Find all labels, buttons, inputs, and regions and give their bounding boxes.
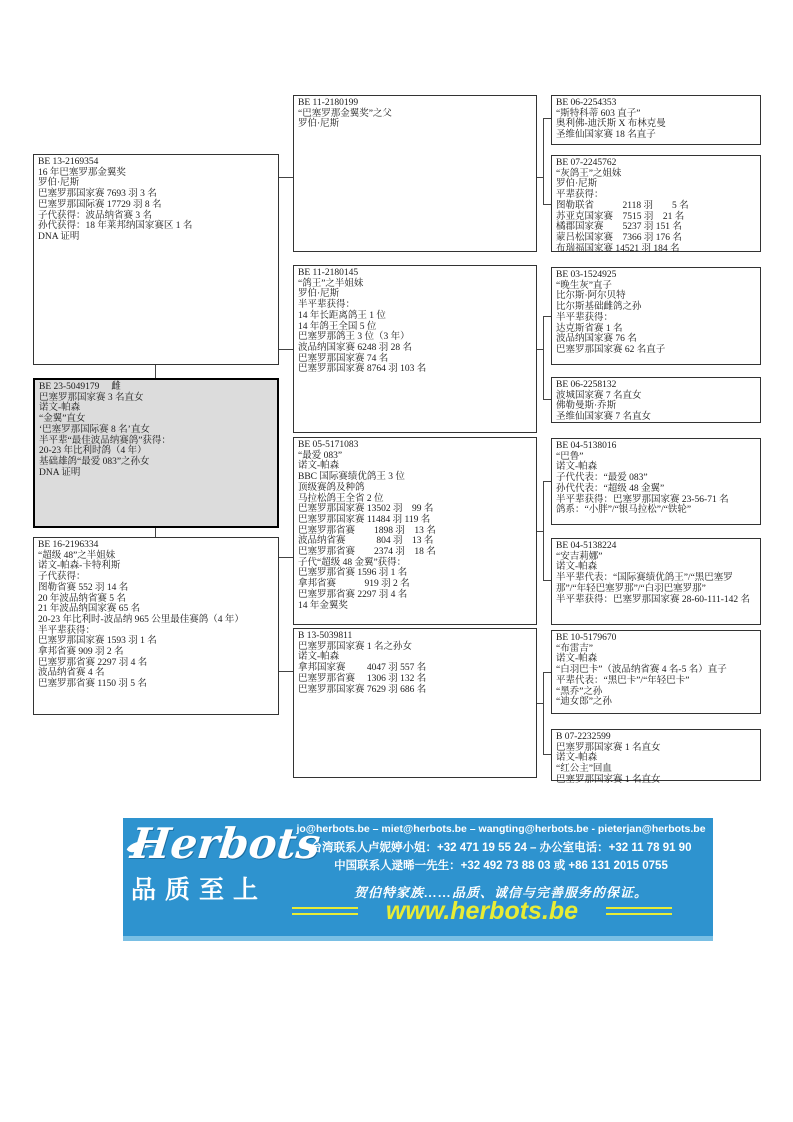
banner-contact-china: 中国联系人逯晞一先生：+32 492 73 88 03 或 +86 131 20… — [291, 857, 711, 873]
pedigree-text-line: 巴塞罗那省赛 2297 羽 4 名 — [38, 658, 274, 669]
pedigree-text-line: 诺文-帕森 — [556, 462, 756, 473]
pedigree-text-line: 波品纳国家赛 76 名 — [556, 334, 756, 345]
pedigree-text-line: 14 年鸽王全国 5 位 — [298, 322, 532, 333]
pedigree-box-sire: BE 13-216935416 年巴塞罗那金翼奖罗伯·尼斯巴塞罗那国家赛 769… — [33, 154, 279, 365]
pedigree-text-line: 奥利佛-迪沃斯 X 布林克曼 — [556, 119, 756, 130]
pedigree-text-line: BE 11-2180199 — [298, 98, 532, 109]
pedigree-text-line: 巴塞罗那国家赛 13502 羽 99 名 — [298, 504, 532, 515]
pedigree-text-line: 巴塞罗那省赛 1150 羽 5 名 — [38, 679, 274, 690]
pedigree-text-line: “巴鲁” — [556, 452, 756, 463]
pedigree-text-line: 平辈代表：“黑巴卡”/“年轻巴卡” — [556, 676, 756, 687]
pedigree-text-line: 诺文-帕森 — [556, 562, 756, 573]
pedigree-text-line: DNA 证明 — [39, 468, 273, 479]
pedigree-text-line: 圣维仙国家赛 7 名直女 — [556, 412, 756, 423]
pedigree-text-line: 波品纳省赛 4 名 — [38, 668, 274, 679]
pedigree-text-line: 巴塞罗那国家赛 1 名直女 — [556, 743, 756, 754]
pedigree-text-line: 图勒省赛 552 羽 14 名 — [38, 583, 274, 594]
pedigree-box-subject: BE 23-5049179 雌巴塞罗那国家赛 3 名直女诺文-帕森“金翼”直女‘… — [33, 378, 279, 528]
pedigree-box-great-grandparent-8: B 07-2232599巴塞罗那国家赛 1 名直女诺文-帕森“红公主”回血巴塞罗… — [551, 729, 761, 781]
pedigree-text-line: 孙代代表：“超级 48 金翼” — [556, 484, 756, 495]
pedigree-text-line: 巴塞罗那省赛 2297 羽 4 名 — [298, 590, 532, 601]
pedigree-text-line: 21 年波品纳国家赛 65 名 — [38, 604, 274, 615]
pedigree-text-line: 布瑞福国家赛 14521 羽 184 名 — [556, 244, 756, 255]
pedigree-text-line: “鸽王”之半姐妹 — [298, 279, 532, 290]
pedigree-box-great-grandparent-6: BE 04-5138224“安吉莉娜”诺文-帕森半平辈代表：“国际赛绩优鸽王”/… — [551, 538, 761, 625]
pedigree-text-line: 巴塞罗那国家赛 11484 羽 119 名 — [298, 515, 532, 526]
pedigree-text-line: 马拉松鸽王全省 2 位 — [298, 494, 532, 505]
pedigree-text-line: 诺文-帕森-卡特利斯 — [38, 561, 274, 572]
pedigree-box-granddam-maternal: B 13-5039811巴塞罗那国家赛 1 名之孙女诺文-帕森拿邦国家赛 404… — [293, 628, 537, 778]
pedigree-text-line: 波城国家赛 7 名直女 — [556, 391, 756, 402]
pedigree-text-line: “白羽巴卡”（波品纳省赛 4 名-5 名）直子 — [556, 665, 756, 676]
pedigree-text-line: 诺文-帕森 — [556, 654, 756, 665]
pedigree-text-line: 苏亚克国家赛 7515 羽 21 名 — [556, 212, 756, 223]
pedigree-text-line: BE 06-2254353 — [556, 98, 756, 109]
pedigree-text-line: 子代代表：“最爱 083” — [556, 473, 756, 484]
pedigree-box-dam: BE 16-2196334“超级 48”之半姐妹诺文-帕森-卡特利斯子代获得：图… — [33, 537, 279, 715]
pedigree-text-line: 16 年巴塞罗那金翼奖 — [38, 168, 274, 179]
pedigree-text-line: 巴塞罗那省赛 1596 羽 1 名 — [298, 568, 532, 579]
pedigree-text-line: 罗伯·尼斯 — [298, 289, 532, 300]
pedigree-text-line: 20-23 年比利时-波品纳 965 公里最佳赛鸽（4 年） — [38, 615, 274, 626]
pedigree-text-line: “黑乔”之孙 — [556, 687, 756, 698]
pedigree-box-grandsire-maternal: BE 05-5171083“最爱 083”诺文-帕森BBC 国际赛绩优鸽王 3 … — [293, 437, 537, 625]
pedigree-text-line: 14 年金翼奖 — [298, 601, 532, 612]
pedigree-text-line: 孙代获得：18 年莱邦纳国家赛区 1 名 — [38, 221, 274, 232]
pedigree-text-line: 半平辈获得：巴塞罗那国家赛 28-60-111-142 名 — [556, 595, 756, 606]
pedigree-text-line: 20-23 年比利时鸽（4 年） — [39, 446, 273, 457]
pedigree-text-line: 圣维仙国家赛 18 名直子 — [556, 130, 756, 141]
pedigree-text-line: 巴塞罗那国家赛 1593 羽 1 名 — [38, 636, 274, 647]
pedigree-text-line: 鸽系：“小胖”/“银马拉松”/“铁轮” — [556, 505, 756, 516]
pedigree-box-great-grandparent-4: BE 06-2258132波城国家赛 7 名直女佛勒曼斯·乔斯圣维仙国家赛 7 … — [551, 377, 761, 423]
pedigree-text-line: 巴塞罗那国家赛 74 名 — [298, 354, 532, 365]
pedigree-text-line: 巴塞罗那国家赛 3 名直女 — [39, 393, 273, 404]
pedigree-text-line: “布雷吉” — [556, 644, 756, 655]
pedigree-text-line: “晚生灰”直子 — [556, 281, 756, 292]
pedigree-text-line: BE 16-2196334 — [38, 540, 274, 551]
pedigree-box-great-grandparent-1: BE 06-2254353“斯特科蒂 603 直子”奥利佛-迪沃斯 X 布林克曼… — [551, 95, 761, 145]
pedigree-text-line: 罗伯·尼斯 — [556, 179, 756, 190]
pedigree-text-line: B 13-5039811 — [298, 631, 532, 642]
banner-contact-taiwan: 台湾联系人卢妮婷小姐：+32 471 19 55 24 – 办公室电话：+32 … — [291, 839, 711, 855]
pedigree-text-line: “迪女郎”之孙 — [556, 697, 756, 708]
pedigree-box-great-grandparent-3: BE 03-1524925“晚生灰”直子比尔斯·阿尔贝特比尔斯基础雌鸽之孙半平辈… — [551, 267, 761, 365]
pedigree-text-line: “红公主”回血 — [556, 764, 756, 775]
pedigree-text-line: 巴塞罗那国家赛 1 名之孙女 — [298, 642, 532, 653]
pedigree-text-line: BE 11-2180145 — [298, 268, 532, 279]
pedigree-text-line: 14 年长距离鸽王 1 位 — [298, 311, 532, 322]
pedigree-text-line: 巴塞罗那国家赛 8764 羽 103 名 — [298, 364, 532, 375]
pedigree-text-line: “斯特科蒂 603 直子” — [556, 109, 756, 120]
pedigree-text-line: BE 03-1524925 — [556, 270, 756, 281]
banner-emails: jo@herbots.be – miet@herbots.be – wangti… — [291, 823, 711, 835]
pedigree-text-line: 巴塞罗那国家赛 1 名直女 — [556, 775, 756, 786]
pedigree-text-line: DNA 证明 — [38, 232, 274, 243]
pedigree-text-line: 半平辈获得：巴塞罗那国家赛 23-56-71 名 — [556, 495, 756, 506]
pedigree-box-granddam-paternal: BE 11-2180145“鸽王”之半姐妹罗伯·尼斯半平辈获得：14 年长距离鸽… — [293, 265, 537, 433]
pedigree-text-line: 诺文-帕森 — [298, 461, 532, 472]
pedigree-text-line: 佛勒曼斯·乔斯 — [556, 401, 756, 412]
pedigree-text-line: 罗伯·尼斯 — [298, 119, 532, 130]
pedigree-text-line: 诺文-帕森 — [298, 652, 532, 663]
pedigree-text-line: 基础雄鸽“最爱 083”之孙女 — [39, 457, 273, 468]
pedigree-text-line: 半平辈获得： — [556, 313, 756, 324]
pedigree-text-line: 顶级赛鸽及种鸽 — [298, 483, 532, 494]
pedigree-text-line: 巴塞罗那省赛 2374 羽 18 名 — [298, 547, 532, 558]
website-rule-left — [292, 907, 358, 915]
pedigree-text-line: 拿邦国家赛 4047 羽 557 名 — [298, 663, 532, 674]
pedigree-text-line: ‘巴塞罗那国际赛 8 名’直女 — [39, 425, 273, 436]
pedigree-text-line: “金翼”直女 — [39, 414, 273, 425]
pedigree-text-line: 20 年波品纳省赛 5 名 — [38, 594, 274, 605]
pedigree-text-line: BE 23-5049179 雌 — [39, 382, 273, 393]
pedigree-text-line: 蒙吕松国家赛 7366 羽 176 名 — [556, 233, 756, 244]
pedigree-text-line: 平辈获得： — [556, 190, 756, 201]
banner-website-row: www.herbots.be — [253, 898, 711, 924]
pedigree-text-line: 子代获得：波品纳省赛 3 名 — [38, 211, 274, 222]
pedigree-text-line: BE 13-2169354 — [38, 157, 274, 168]
pedigree-text-line: 子代“超级 48 金翼”获得： — [298, 558, 532, 569]
pedigree-text-line: 巴塞罗那国家赛 7693 羽 3 名 — [38, 189, 274, 200]
pedigree-text-line: 达克斯省赛 1 名 — [556, 324, 756, 335]
pedigree-page: BE 13-216935416 年巴塞罗那金翼奖罗伯·尼斯巴塞罗那国家赛 769… — [0, 0, 793, 1122]
pedigree-text-line: 图勒联省 2118 羽 5 名 — [556, 201, 756, 212]
pedigree-text-line: BE 06-2258132 — [556, 380, 756, 391]
pedigree-text-line: 半平辈“最佳波品纳赛鸽”获得： — [39, 436, 273, 447]
pedigree-text-line: BE 04-5138016 — [556, 441, 756, 452]
pedigree-text-line: B 07-2232599 — [556, 732, 756, 743]
pedigree-text-line: 子代获得： — [38, 572, 274, 583]
pedigree-text-line: 半平辈代表：“国际赛绩优鸽王”/“黑巴塞罗那”/“年轻巴塞罗那”/“白羽巴塞罗那… — [556, 573, 756, 594]
pedigree-text-line: 巴塞罗那国际赛 17729 羽 8 名 — [38, 200, 274, 211]
pedigree-box-great-grandparent-5: BE 04-5138016“巴鲁”诺文-帕森子代代表：“最爱 083”孙代代表：… — [551, 438, 761, 525]
pedigree-text-line: 罗伯·尼斯 — [38, 178, 274, 189]
pedigree-text-line: 巴塞罗那鸽王 3 位（3 年） — [298, 332, 532, 343]
pedigree-text-line: 诺文-帕森 — [556, 753, 756, 764]
pedigree-text-line: 比尔斯·阿尔贝特 — [556, 291, 756, 302]
pedigree-text-line: “灰鸽王”之姐妹 — [556, 169, 756, 180]
pedigree-text-line: 拿邦省赛 919 羽 2 名 — [298, 579, 532, 590]
pedigree-text-line: BE 04-5138224 — [556, 541, 756, 552]
pedigree-text-line: “安吉莉娜” — [556, 552, 756, 563]
website-rule-right — [606, 907, 672, 915]
pedigree-box-grandsire-paternal: BE 11-2180199“巴塞罗那金翼奖”之父罗伯·尼斯 — [293, 95, 537, 252]
pedigree-text-line: 巴塞罗那国家赛 7629 羽 686 名 — [298, 685, 532, 696]
pedigree-text-line: 巴塞罗那省赛 1898 羽 13 名 — [298, 526, 532, 537]
pedigree-text-line: BE 05-5171083 — [298, 440, 532, 451]
pedigree-text-line: 比尔斯基础雌鸽之孙 — [556, 302, 756, 313]
pedigree-box-great-grandparent-2: BE 07-2245762“灰鸽王”之姐妹罗伯·尼斯平辈获得：图勒联省 2118… — [551, 155, 761, 252]
pedigree-text-line: BBC 国际赛绩优鸽王 3 位 — [298, 472, 532, 483]
pedigree-text-line: 拿邦省赛 909 羽 2 名 — [38, 647, 274, 658]
website-link[interactable]: www.herbots.be — [386, 898, 578, 924]
herbots-banner: Herbots 品质至上 jo@herbots.be – miet@herbot… — [123, 818, 713, 941]
pedigree-text-line: 波品纳省赛 804 羽 13 名 — [298, 536, 532, 547]
pedigree-text-line: “巴塞罗那金翼奖”之父 — [298, 109, 532, 120]
pedigree-text-line: BE 10-5179670 — [556, 633, 756, 644]
pedigree-text-line: 半平辈获得： — [298, 300, 532, 311]
pedigree-text-line: 橘郡国家赛 5237 羽 151 名 — [556, 222, 756, 233]
pedigree-text-line: 诺文-帕森 — [39, 403, 273, 414]
pedigree-text-line: “最爱 083” — [298, 451, 532, 462]
pedigree-text-line: 巴塞罗那国家赛 62 名直子 — [556, 345, 756, 356]
pedigree-text-line: “超级 48”之半姐妹 — [38, 551, 274, 562]
pedigree-box-great-grandparent-7: BE 10-5179670“布雷吉”诺文-帕森“白羽巴卡”（波品纳省赛 4 名-… — [551, 630, 761, 714]
pedigree-text-line: BE 07-2245762 — [556, 158, 756, 169]
pedigree-text-line: 半平辈获得： — [38, 626, 274, 637]
pedigree-text-line: 波品纳国家赛 6248 羽 28 名 — [298, 343, 532, 354]
pedigree-text-line: 巴塞罗那省赛 1306 羽 132 名 — [298, 674, 532, 685]
